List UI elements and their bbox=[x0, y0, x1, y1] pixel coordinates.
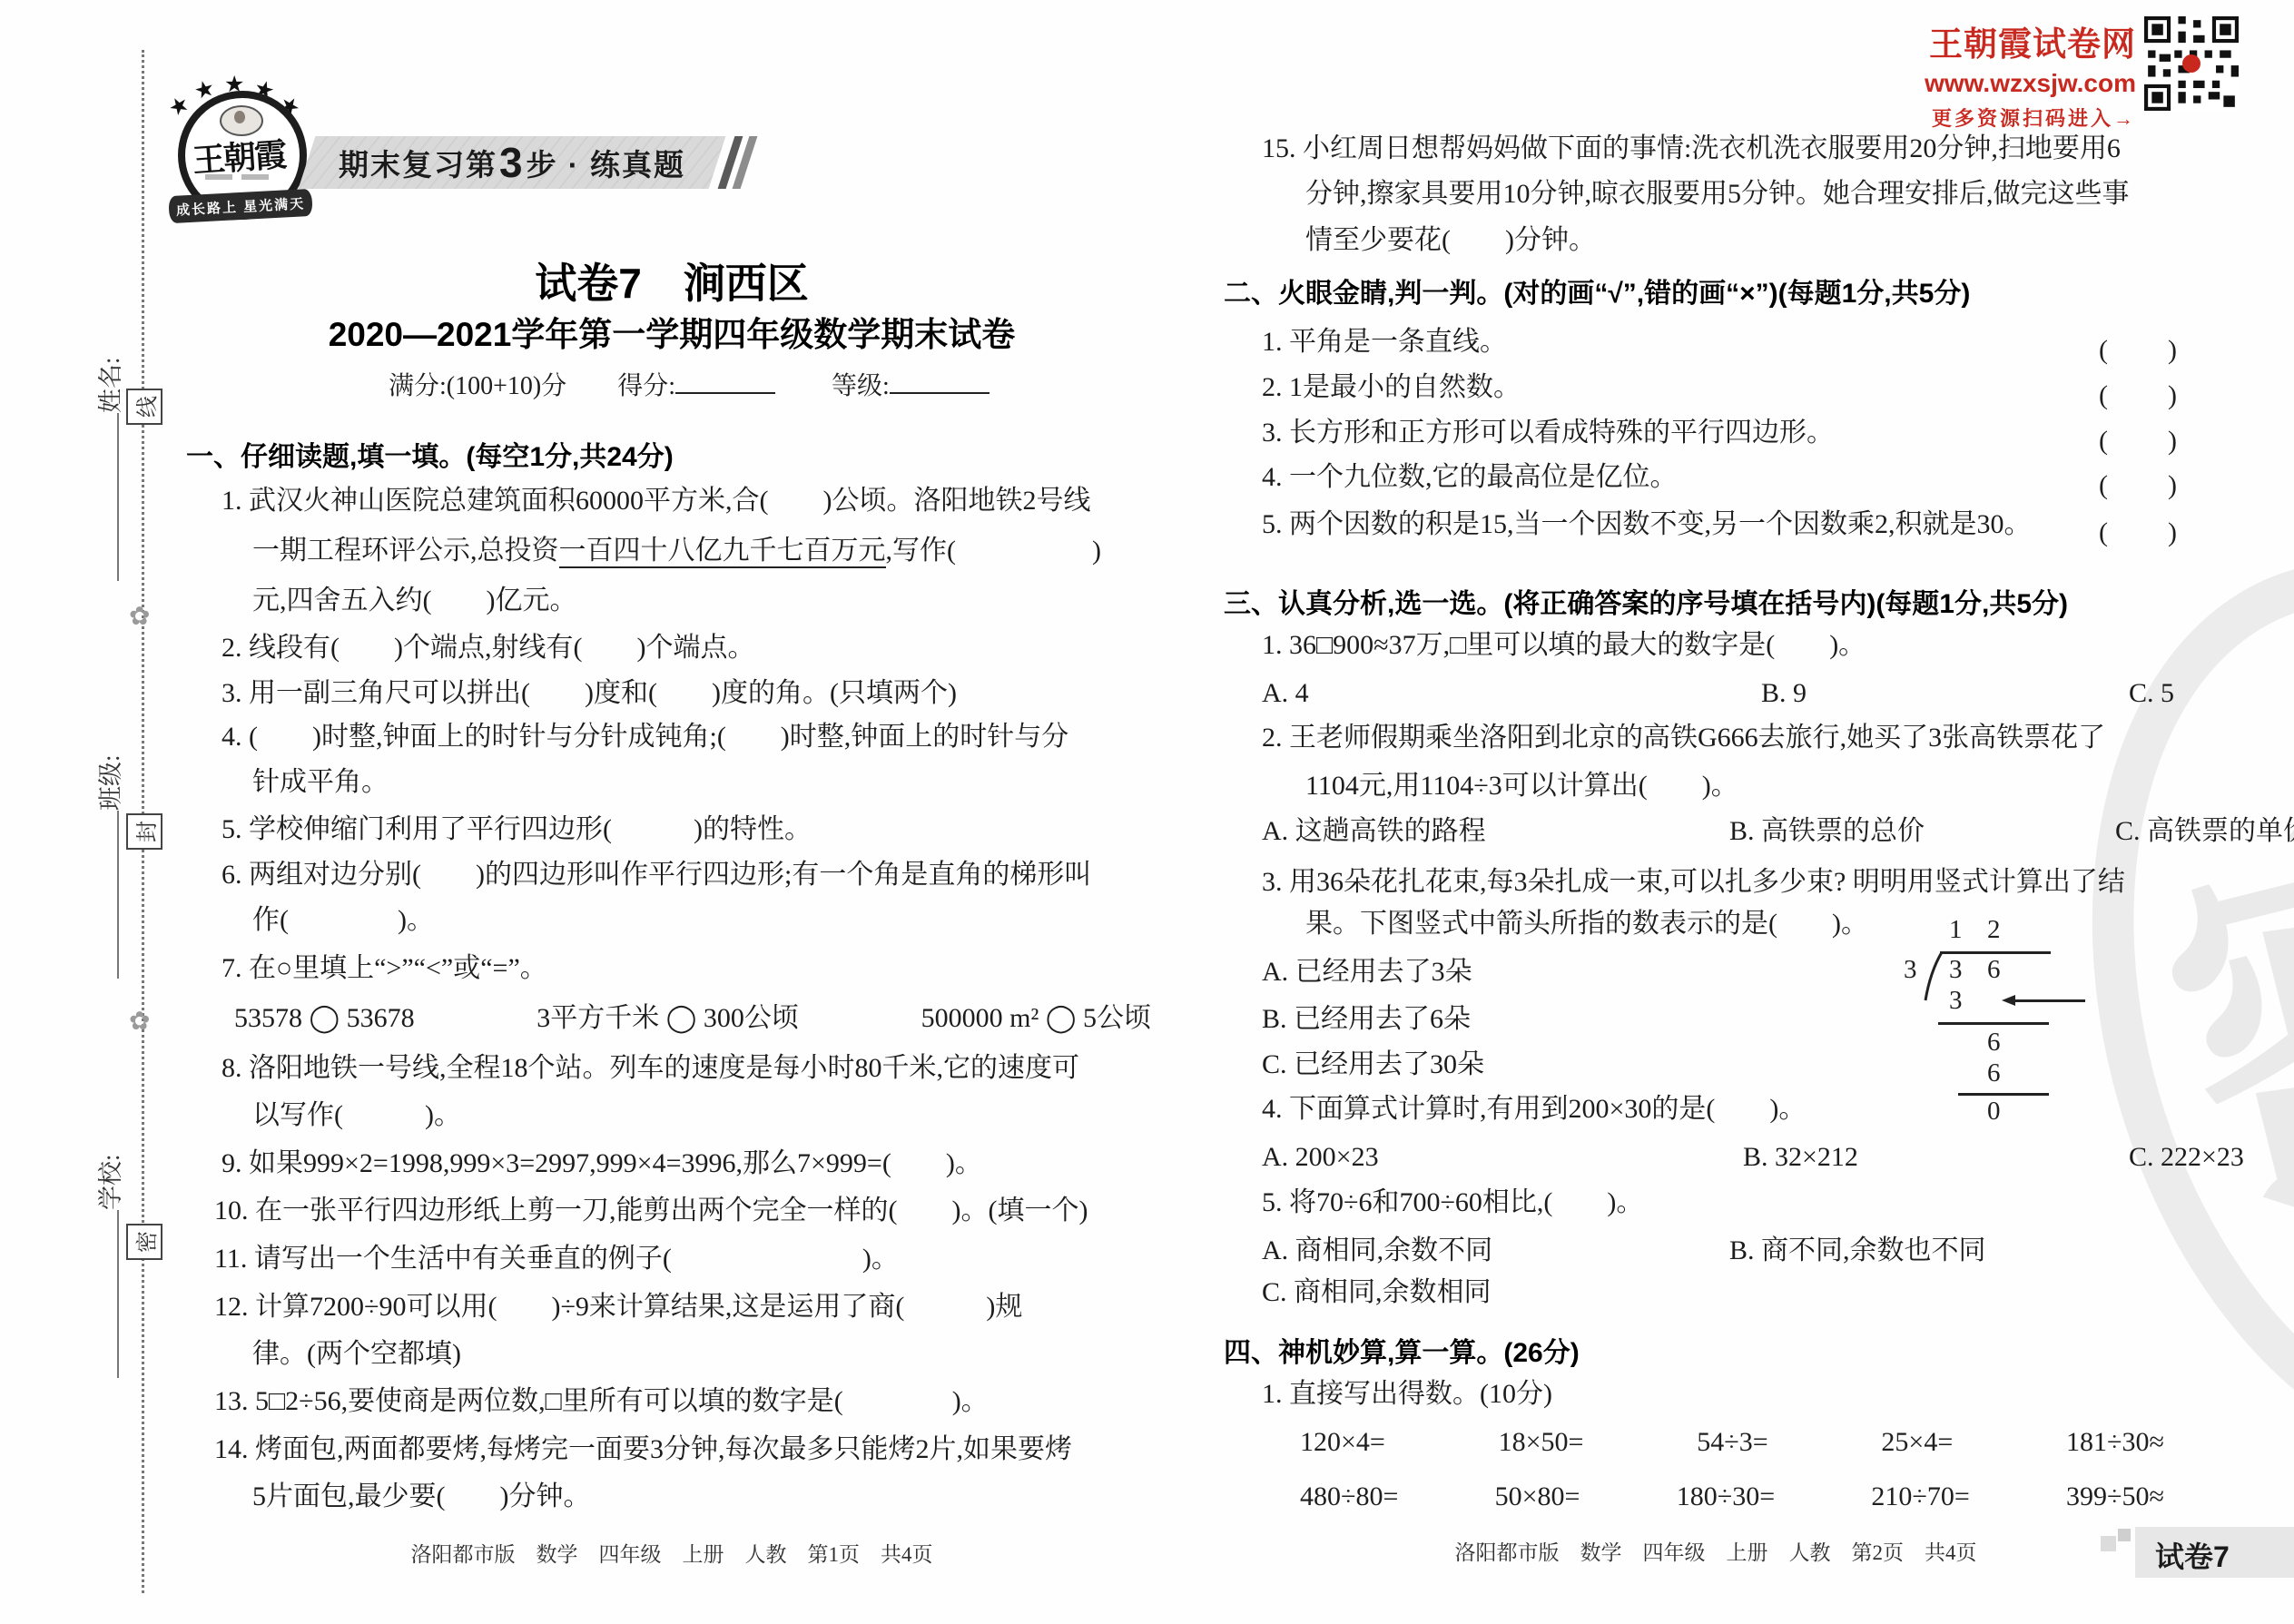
publisher-badge-logo: ★ ★ ★ ★ ★ 王朝霞 成长路上 星光满天 bbox=[172, 78, 309, 227]
s3-q3-option-b: B. 已经用去了6朵 bbox=[1262, 1004, 1471, 1036]
class-blank-line bbox=[99, 811, 119, 979]
s3-q3-option-c: C. 已经用去了30朵 bbox=[1262, 1049, 1484, 1081]
name-blank-line bbox=[99, 413, 119, 581]
answer-bracket: ( ) bbox=[2099, 462, 2179, 502]
q3-line: 3. 用一副三角尺可以拼出( )度和( )度的角。(只填两个) bbox=[222, 678, 957, 710]
s3-q2-option-b: B. 高铁票的总价 bbox=[1729, 816, 1925, 848]
q12-line-2: 律。(两个空都填) bbox=[252, 1339, 461, 1371]
portrait-face bbox=[234, 111, 245, 123]
section-3-heading: 三、认真分析,选一选。(将正确答案的序号填在括号内)(每题1分,共5分) bbox=[1224, 581, 2068, 621]
q14-line-1: 14. 烤面包,两面都要烤,每烤完一面要3分钟,每次最多只能烤2片,如果要烤 bbox=[214, 1434, 1072, 1466]
subtract-step-1: 3 bbox=[1949, 986, 1963, 1016]
answer-bracket: ( ) bbox=[2099, 327, 2179, 367]
q15-line-2: 分钟,擦家具要用10分钟,晾衣服要用5分钟。她合理安排后,做完这些事 bbox=[1305, 179, 2130, 211]
q13-line: 13. 5□2÷56,要使商是两位数,□里所有可以填的数字是( )。 bbox=[214, 1386, 989, 1418]
seal-char-mi: 密 bbox=[126, 1224, 162, 1260]
s3-q3-line-2: 果。下图竖式中箭头所指的数表示的是( )。 bbox=[1305, 909, 1868, 940]
q14-line-2: 5片面包,最少要( )分钟。 bbox=[252, 1481, 590, 1513]
dividend-tens: 3 bbox=[1949, 955, 1963, 985]
division-vinculum bbox=[1940, 951, 2051, 954]
s3-q1-option-a: A. 4 bbox=[1262, 678, 1309, 710]
calc-row-2: 480÷80= 50×80= 180÷30= 210÷70= 399÷50≈ bbox=[1300, 1481, 2164, 1512]
calc-item: 25×4= bbox=[1881, 1427, 1953, 1458]
seal-char-feng: 封 bbox=[126, 813, 162, 850]
s3-q4-line: 4. 下面算式计算时,有用到200×30的是( )。 bbox=[1262, 1094, 1806, 1126]
q1-line-2: 一期工程环评公示,总投资一百四十八亿九千七百万元,写作( ) bbox=[252, 536, 1101, 567]
q5-line: 5. 学校伸缩门利用了平行四边形( )的特性。 bbox=[222, 814, 812, 846]
badge-small-text-bar bbox=[241, 174, 269, 180]
q8-line-1: 8. 洛阳地铁一号线,全程18个站。列车的速度是每小时80千米,它的速度可 bbox=[222, 1053, 1079, 1085]
calc-item: 54÷3= bbox=[1697, 1427, 1767, 1458]
s2-item-5: 5. 两个因数的积是15,当一个因数不变,另一个因数乘2,积就是30。 bbox=[1262, 509, 2032, 541]
s3-q5-line: 5. 将70÷6和700÷60相比,( )。 bbox=[1262, 1187, 1643, 1219]
calc-item: 181÷30≈ bbox=[2066, 1427, 2164, 1458]
tab-decor-square bbox=[2118, 1529, 2131, 1541]
q11-line: 11. 请写出一个生活中有关垂直的例子( )。 bbox=[214, 1244, 899, 1275]
s3-q2-line-2: 1104元,用1104÷3可以计算出( )。 bbox=[1305, 771, 1738, 802]
s3-q5-option-a: A. 商相同,余数不同 bbox=[1262, 1235, 1492, 1267]
underlined-amount: 一百四十八亿九千七百万元 bbox=[559, 536, 886, 568]
student-school-field: 学校: bbox=[91, 1069, 123, 1378]
calc-item: 120×4= bbox=[1300, 1427, 1385, 1458]
answer-bracket: ( ) bbox=[2099, 418, 2179, 458]
s3-q3-option-a: A. 已经用去了3朵 bbox=[1262, 957, 1472, 989]
grade-label: 等级: bbox=[832, 372, 890, 400]
calc-item: 480÷80= bbox=[1300, 1481, 1398, 1512]
q9-line: 9. 如果999×2=1998,999×3=2997,999×4=3996,那么… bbox=[222, 1148, 982, 1180]
brought-down-digit: 6 bbox=[1987, 1028, 2001, 1058]
compare-item: 53578 ◯ 53678 bbox=[234, 1003, 415, 1035]
s3-q3-line-1: 3. 用36朵花扎花束,每3朵扎成一束,可以扎多少束? 明明用竖式计算出了结 bbox=[1262, 867, 2125, 899]
s3-q2-option-c: C. 高铁票的单价 bbox=[2115, 816, 2294, 848]
q15-line-3: 情至少要花( )分钟。 bbox=[1305, 225, 1596, 257]
badge-small-text-bar bbox=[205, 174, 232, 180]
paper-number-tab: 试卷7 bbox=[2135, 1527, 2294, 1578]
calc-row-1: 120×4= 18×50= 54÷3= 25×4= 181÷30≈ bbox=[1300, 1427, 2164, 1458]
answer-bracket: ( ) bbox=[2099, 372, 2179, 412]
answer-bracket: ( ) bbox=[2099, 509, 2179, 549]
remainder: 0 bbox=[1987, 1097, 2001, 1127]
calc-item: 50×80= bbox=[1495, 1481, 1580, 1512]
s2-item-2: 2. 1是最小的自然数。 bbox=[1262, 372, 1521, 404]
footer-page-2: 洛阳都市版 数学 四年级 上册 人教 第2页 共4页 bbox=[1207, 1536, 2224, 1566]
banner-text: 期末复习第3步 · 练真题 bbox=[307, 136, 717, 189]
s2-item-3: 3. 长方形和正方形可以看成特殊的平行四边形。 bbox=[1262, 418, 1834, 449]
score-label: 得分: bbox=[617, 372, 675, 400]
dividend-ones: 6 bbox=[1987, 955, 2001, 985]
calc-item: 399÷50≈ bbox=[2066, 1481, 2164, 1512]
q4-line-2: 针成平角。 bbox=[252, 767, 389, 799]
s3-q1-line: 1. 36□900≈37万,□里可以填的最大的数字是( )。 bbox=[1262, 630, 1866, 662]
s3-q4-option-b: B. 32×212 bbox=[1743, 1142, 1858, 1174]
divisor: 3 bbox=[1904, 955, 1917, 985]
brand-scan-hint: 更多资源扫码进入→ bbox=[1893, 103, 2136, 132]
calc-item: 18×50= bbox=[1499, 1427, 1584, 1458]
compare-item: 3平方千米 ◯ 300公顷 bbox=[537, 1003, 799, 1035]
s4-sub-1: 1. 直接写出得数。(10分) bbox=[1262, 1379, 1552, 1411]
s3-q2-line-1: 2. 王老师假期乘坐洛阳到北京的高铁G666去旅行,她买了3张高铁票花了 bbox=[1262, 723, 2105, 754]
seal-char-line: 线 bbox=[126, 389, 162, 425]
tab-decor-square bbox=[2101, 1536, 2116, 1551]
grade-blank bbox=[890, 372, 989, 394]
paper-number-tab-label: 试卷7 bbox=[2155, 1534, 2230, 1576]
brand-block: 王朝霞试卷网 www.wzxsjw.com 更多资源扫码进入→ bbox=[1893, 16, 2136, 132]
qr-code bbox=[2144, 16, 2239, 115]
s3-q5-option-c: C. 商相同,余数相同 bbox=[1262, 1277, 1492, 1309]
quotient-tens: 1 bbox=[1949, 915, 1963, 945]
q7-line: 7. 在○里填上“>”“<”或“=”。 bbox=[222, 953, 547, 985]
q2-line: 2. 线段有( )个端点,射线有( )个端点。 bbox=[222, 633, 754, 664]
q1-line-3: 元,四舍五入约( )亿元。 bbox=[252, 586, 576, 617]
paper-subtitle: 2020—2021学年第一学期四年级数学期末试卷 bbox=[172, 307, 1171, 356]
section-4-heading: 四、神机妙算,算一算。(26分) bbox=[1224, 1330, 1580, 1370]
compare-item: 500000 m² ◯ 5公顷 bbox=[921, 1003, 1151, 1035]
q6-line-2: 作( )。 bbox=[252, 905, 434, 937]
q6-line-1: 6. 两组对边分别( )的四边形叫作平行四边形;有一个角是直角的梯形叫 bbox=[222, 860, 1091, 891]
s3-q4-option-c: C. 222×23 bbox=[2129, 1142, 2244, 1174]
quotient-ones: 2 bbox=[1987, 915, 2001, 945]
exam-paper-scan: 密 线 封 密 ✿ ✿ 姓名: 班级: 学校: ★ ★ ★ ★ ★ 王朝霞 成长… bbox=[0, 0, 2294, 1624]
subtract-step-2: 6 bbox=[1987, 1058, 2001, 1088]
s2-item-1: 1. 平角是一条直线。 bbox=[1262, 327, 1507, 359]
section-2-heading: 二、火眼金睛,判一判。(对的画“√”,错的画“×”)(每题1分,共5分) bbox=[1224, 271, 1970, 310]
flower-icon: ✿ bbox=[129, 1006, 150, 1037]
q15-line-1: 15. 小红周日想帮妈妈做下面的事情:洗衣机洗衣服要用20分钟,扫地要用6 bbox=[1262, 133, 2121, 165]
full-score-label: 满分:(100+10)分 bbox=[389, 372, 566, 400]
score-blank bbox=[675, 372, 775, 394]
q10-line: 10. 在一张平行四边形纸上剪一刀,能剪出两个完全一样的( )。(填一个) bbox=[214, 1196, 1088, 1227]
school-blank-line bbox=[99, 1210, 119, 1378]
brand-site-name: 王朝霞试卷网 bbox=[1893, 16, 2136, 65]
brand-site-url: www.wzxsjw.com bbox=[1893, 69, 2136, 98]
q8-line-2: 以写作( )。 bbox=[252, 1100, 461, 1132]
footer-page-1: 洛阳都市版 数学 四年级 上册 人教 第1页 共4页 bbox=[172, 1538, 1171, 1568]
q12-line-1: 12. 计算7200÷90可以用( )÷9来计算结果,这是运用了商( )规 bbox=[214, 1292, 1022, 1324]
division-bracket-curve bbox=[1922, 951, 1945, 1002]
s3-q4-option-a: A. 200×23 bbox=[1262, 1142, 1379, 1174]
arrow-line bbox=[2013, 999, 2085, 1002]
score-line: 满分:(100+10)分 得分: 等级: bbox=[389, 372, 989, 401]
s2-item-4: 4. 一个九位数,它的最高位是亿位。 bbox=[1262, 462, 1678, 494]
flower-icon: ✿ bbox=[129, 601, 150, 632]
s3-q2-option-a: A. 这趟高铁的路程 bbox=[1262, 816, 1486, 848]
review-step-banner: 期末复习第3步 · 练真题 bbox=[299, 136, 726, 189]
calc-item: 210÷70= bbox=[1871, 1481, 1969, 1512]
calc-item: 180÷30= bbox=[1677, 1481, 1775, 1512]
student-name-field: 姓名: bbox=[91, 272, 123, 581]
student-class-field: 班级: bbox=[91, 670, 123, 979]
paper-title: 试卷7 涧西区 bbox=[172, 251, 1171, 310]
q4-line-1: 4. ( )时整,钟面上的时针与分针成钝角;( )时整,钟面上的时针与分 bbox=[222, 722, 1068, 753]
q1-line-1: 1. 武汉火神山医院总建筑面积60000平方米,合( )公顷。洛阳地铁2号线 bbox=[222, 486, 1090, 517]
section-1-heading: 一、仔细读题,填一填。(每空1分,共24分) bbox=[186, 434, 674, 474]
division-rule-2 bbox=[1958, 1093, 2049, 1096]
s3-q1-option-c: C. 5 bbox=[2129, 678, 2174, 710]
s3-q5-option-b: B. 商不同,余数也不同 bbox=[1729, 1235, 1986, 1267]
long-division-figure: 1 2 3 3 6 3 6 6 0 bbox=[1902, 915, 2097, 1110]
q7-compare-row: 53578 ◯ 53678 3平方千米 ◯ 300公顷 500000 m² ◯ … bbox=[234, 1003, 1151, 1035]
s3-q1-option-b: B. 9 bbox=[1761, 678, 1807, 710]
division-rule-1 bbox=[1938, 1022, 2049, 1025]
